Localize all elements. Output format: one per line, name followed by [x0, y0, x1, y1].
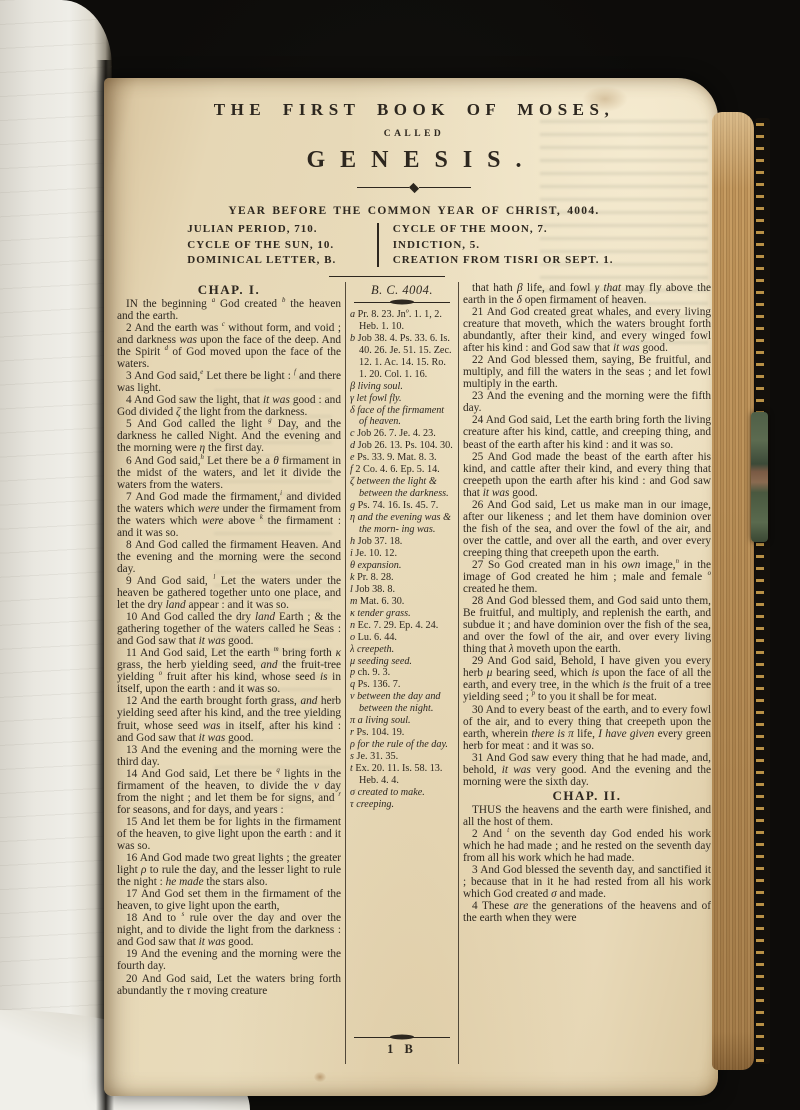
- reference-entry: n Ec. 7. 29. Ep. 4. 24.: [350, 620, 454, 632]
- reference-entry: τ creeping.: [350, 799, 454, 811]
- called-label: CALLED: [117, 129, 711, 139]
- chronology-entry: JULIAN PERIOD, 710.: [187, 222, 377, 238]
- verse-paragraph: 14 And God said, Let there be q lights i…: [117, 768, 341, 816]
- chronology-divider-rule: [377, 223, 379, 267]
- chronology-block: JULIAN PERIOD, 710.CYCLE OF THE SUN, 10.…: [117, 222, 711, 269]
- verse-paragraph: 8 And God called the firmament Heaven. A…: [117, 539, 341, 575]
- signature-block: 1 B: [350, 1032, 454, 1056]
- chronology-entry: DOMINICAL LETTER, B.: [187, 253, 377, 269]
- verse-paragraph: 16 And God made two great lights ; the g…: [117, 852, 341, 888]
- verse-paragraph: 10 And God called the dry land Earth ; &…: [117, 611, 341, 647]
- verse-paragraph: 23 And the evening and the morning were …: [463, 390, 711, 414]
- diamond-ornament: [117, 183, 711, 192]
- reference-entry: π a living soul.: [350, 715, 454, 727]
- reference-entry: l Job 38. 8.: [350, 584, 454, 596]
- book-name-title: GENESIS.: [117, 147, 711, 174]
- reference-entry: r Ps. 104. 19.: [350, 727, 454, 739]
- reference-entry: o Lu. 6. 44.: [350, 632, 454, 644]
- verse-paragraph: 3 And God said,e Let there be light : f …: [117, 370, 341, 394]
- chronology-entry: CYCLE OF THE SUN, 10.: [187, 238, 377, 254]
- reference-entry: i Je. 10. 12.: [350, 548, 454, 560]
- printed-area: THE FIRST BOOK OF MOSES, CALLED GENESIS.…: [117, 92, 711, 1064]
- chronology-right-column: CYCLE OF THE MOON, 7.INDICTION, 5.CREATI…: [393, 222, 641, 269]
- reference-entry: λ creepeth.: [350, 644, 454, 656]
- left-text-column: CHAP. I. IN the beginning a God created …: [117, 282, 341, 1064]
- header-separator-rule: [329, 276, 445, 277]
- verse-paragraph: 22 And God blessed them, saying, Be frui…: [463, 354, 711, 390]
- verse-paragraph: 4 These are the generations of the heave…: [463, 900, 711, 924]
- reference-entry: b Job 38. 4. Ps. 33. 6. Is. 40. 26. Je. …: [350, 333, 454, 381]
- verse-paragraph: 26 And God said, Let us make man in our …: [463, 499, 711, 559]
- reference-entry: e Ps. 33. 9. Mat. 8. 3.: [350, 452, 454, 464]
- verse-paragraph: 12 And the earth brought forth grass, an…: [117, 695, 341, 743]
- reference-entry: ζ between the light & between the darkne…: [350, 476, 454, 500]
- reference-entry: q Ps. 136. 7.: [350, 679, 454, 691]
- reference-entry: d Job 26. 13. Ps. 104. 30.: [350, 440, 454, 452]
- book-title: THE FIRST BOOK OF MOSES,: [117, 100, 711, 120]
- verse-paragraph: 15 And let them be for lights in the fir…: [117, 816, 341, 852]
- page-stain: [314, 1072, 326, 1082]
- verse-paragraph: 20 And God said, Let the waters bring fo…: [117, 973, 341, 997]
- verse-paragraph: 13 And the evening and the morning were …: [117, 744, 341, 768]
- taper-rule-top: [354, 298, 450, 307]
- bc-date-header: B. C. 4004.: [350, 283, 454, 297]
- book-photo-scene: THE FIRST BOOK OF MOSES, CALLED GENESIS.…: [0, 0, 800, 1110]
- printer-signature-mark: 1 B: [350, 1044, 454, 1056]
- verse-paragraph: that hath β life, and fowl γ that may fl…: [463, 282, 711, 306]
- verse-paragraph: 9 And God said, l Let the waters under t…: [117, 575, 341, 611]
- verse-paragraph: 19 And the evening and the morning were …: [117, 948, 341, 972]
- chronology-entry: CREATION FROM TISRI OR SEPT. 1.: [393, 253, 641, 269]
- verse-paragraph: 30 And to every beast of the earth, and …: [463, 704, 711, 752]
- verse-paragraph: 25 And God made the beast of the earth a…: [463, 451, 711, 499]
- reference-entry: ν between the day and between the night.: [350, 691, 454, 715]
- verse-paragraph: 5 And God called the light g Day, and th…: [117, 418, 341, 454]
- reference-entry: δ face of the firmament of heaven.: [350, 405, 454, 429]
- diamond-icon: [409, 182, 419, 192]
- taper-rule-bottom: [354, 1033, 450, 1042]
- reference-entry: ρ for the rule of the day.: [350, 739, 454, 751]
- page-edges-texture: [712, 112, 754, 1070]
- verse-paragraph: 11 And God said, Let the earth m bring f…: [117, 647, 341, 695]
- reference-entry: c Job 26. 7. Je. 4. 23.: [350, 428, 454, 440]
- verse-paragraph: 2 And the earth was c without form, and …: [117, 322, 341, 370]
- reference-entry: f 2 Co. 4. 6. Ep. 5. 14.: [350, 464, 454, 476]
- chronology-entry: INDICTION, 5.: [393, 238, 641, 254]
- margin-references: a Pr. 8. 23. Jno. 1. 1, 2. Heb. 1. 10.b …: [350, 309, 454, 811]
- column-rule-right: [458, 282, 459, 1064]
- verse-paragraph: 2 And t on the seventh day God ended his…: [463, 828, 711, 864]
- chapter-2-heading: CHAP. II.: [463, 789, 711, 803]
- verse-paragraph: 17 And God set them in the firmament of …: [117, 888, 341, 912]
- reference-entry: μ seeding seed.: [350, 656, 454, 668]
- bible-page: THE FIRST BOOK OF MOSES, CALLED GENESIS.…: [104, 78, 718, 1096]
- reference-column: B. C. 4004. a Pr. 8. 23. Jno. 1. 1, 2. H…: [350, 282, 454, 1064]
- reference-entry: m Mat. 6. 30.: [350, 596, 454, 608]
- reference-entry: β living soul.: [350, 381, 454, 393]
- verse-paragraph: 3 And God blessed the seventh day, and s…: [463, 864, 711, 900]
- text-columns: CHAP. I. IN the beginning a God created …: [117, 282, 711, 1064]
- reference-entry: s Je. 31. 35.: [350, 751, 454, 763]
- verse-paragraph: 6 And God said,h Let there be a θ firmam…: [117, 455, 341, 491]
- chronology-year-line: YEAR BEFORE THE COMMON YEAR OF CHRIST, 4…: [117, 205, 711, 217]
- verse-paragraph: THUS the heavens and the earth were fini…: [463, 804, 711, 828]
- reference-entry: a Pr. 8. 23. Jno. 1. 1, 2. Heb. 1. 10.: [350, 309, 454, 333]
- verse-paragraph: 24 And God said, Let the earth bring for…: [463, 414, 711, 450]
- right-text-column: that hath β life, and fowl γ that may fl…: [463, 282, 711, 1064]
- verse-paragraph: 31 And God saw every thing that he had m…: [463, 752, 711, 788]
- reference-entry: g Ps. 74. 16. Is. 45. 7.: [350, 500, 454, 512]
- book-fore-edge: [712, 112, 770, 1070]
- chapter-1-heading: CHAP. I.: [117, 283, 341, 297]
- verse-paragraph: IN the beginning a God created b the hea…: [117, 298, 341, 322]
- verse-paragraph: 21 And God created great whales, and eve…: [463, 306, 711, 354]
- ornament-rule-right: [419, 187, 471, 188]
- reference-entry: t Ex. 20. 11. Is. 58. 13. Heb. 4. 4.: [350, 763, 454, 787]
- reference-entry: γ let fowl fly.: [350, 393, 454, 405]
- chapter-1-verses: IN the beginning a God created b the hea…: [117, 298, 341, 997]
- column-rule-left: [345, 282, 346, 1064]
- reference-entry: p ch. 9. 3.: [350, 667, 454, 679]
- reference-entry: κ tender grass.: [350, 608, 454, 620]
- verse-paragraph: 18 And to s rule over the day and over t…: [117, 912, 341, 948]
- cover-edge-binding: [755, 118, 770, 1064]
- reference-entry: σ created to make.: [350, 787, 454, 799]
- verse-paragraph: 29 And God said, Behold, I have given yo…: [463, 655, 711, 703]
- reference-entry: η and the evening was & the morn- ing wa…: [350, 512, 454, 536]
- chapter-2-verses: THUS the heavens and the earth were fini…: [463, 804, 711, 924]
- clasp: [751, 412, 768, 542]
- reference-entry: θ expansion.: [350, 560, 454, 572]
- ornament-rule-left: [357, 187, 409, 188]
- chapter-1-continuation: that hath β life, and fowl γ that may fl…: [463, 282, 711, 788]
- verse-paragraph: 7 And God made the firmament,i and divid…: [117, 491, 341, 539]
- chronology-left-column: JULIAN PERIOD, 710.CYCLE OF THE SUN, 10.…: [187, 222, 377, 269]
- verse-paragraph: 28 And God blessed them, and God said un…: [463, 595, 711, 655]
- chronology-entry: CYCLE OF THE MOON, 7.: [393, 222, 641, 238]
- verse-paragraph: 4 And God saw the light, that it was goo…: [117, 394, 341, 418]
- reference-entry: h Job 37. 18.: [350, 536, 454, 548]
- reference-entry: k Pr. 8. 28.: [350, 572, 454, 584]
- verse-paragraph: 27 So God created man in his own image,n…: [463, 559, 711, 595]
